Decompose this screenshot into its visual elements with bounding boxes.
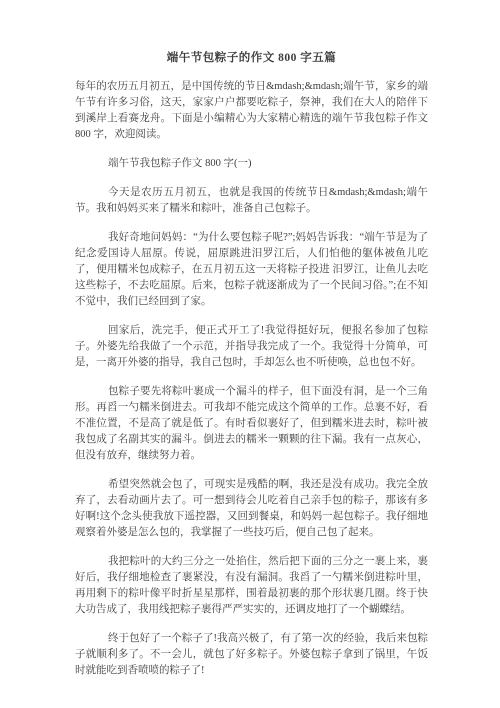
body-paragraph-2: 我好奇地问妈妈：“为什么要包粽子呢?”;妈妈告诉我：“端午节是为了纪念爱国诗人屈… — [75, 230, 428, 310]
body-paragraph-4: 包粽子要先将粽叶裹成一个漏斗的样子，但下面没有洞，是一个三角形。再舀一勺糯米倒进… — [75, 384, 428, 464]
body-paragraph-5: 希望突然就会包了，可现实是残酷的啊，我还是没有成功。我完全放弃了，去看动画片去了… — [75, 477, 428, 541]
body-paragraph-1: 今天是农历五月初五，也就是我国的传统节日&mdash;&mdash;端午节。我和… — [75, 185, 428, 217]
document-page: 端午节包粽子的作文 800 字五篇 每年的农历五月初五，是中国传统的节日&mda… — [0, 0, 500, 708]
section-heading: 端午节我包粽子作文 800 字(一) — [75, 156, 428, 172]
document-title: 端午节包粽子的作文 800 字五篇 — [75, 50, 428, 66]
body-paragraph-6: 我把粽叶的大约三分之一处掐住，然后把下面的三分之一裹上来，裹好后，我仔细地检查了… — [75, 554, 428, 618]
intro-paragraph: 每年的农历五月初五，是中国传统的节日&mdash;&mdash;端午节，家乡的端… — [75, 79, 428, 143]
body-paragraph-7: 终于包好了一个粽子了!我高兴极了，有了第一次的经验，我后来包粽子就顺利多了。不一… — [75, 631, 428, 679]
body-paragraph-3: 回家后，洗完手，便正式开工了!我觉得挺好玩，便报名参加了包粽子。外婆先给我做了一… — [75, 323, 428, 371]
